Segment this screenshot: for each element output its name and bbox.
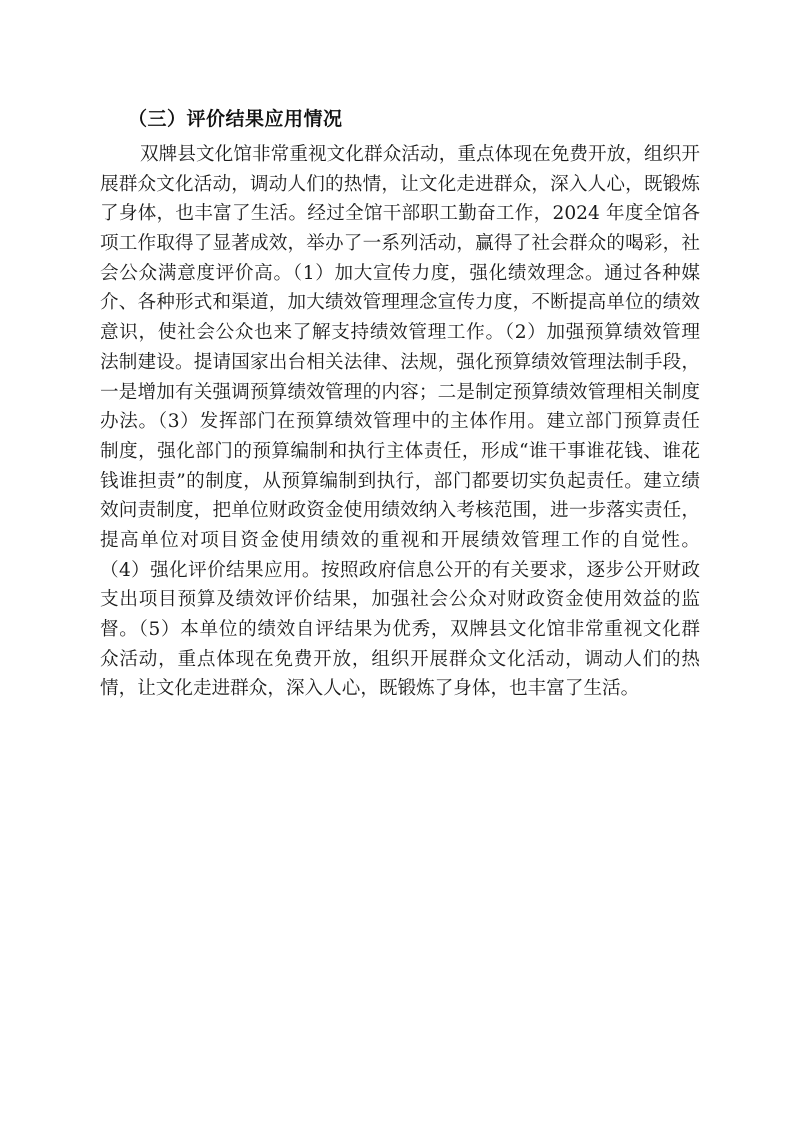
paragraph-line: 法制建设。提请国家出台相关法律、法规，强化预算绩效管理法制手段， [100, 348, 700, 378]
paragraph-line: 提高单位对项目资金使用绩效的重视和开展绩效管理工作的自觉性。 [100, 526, 700, 556]
paragraph-line: 效问责制度，把单位财政资金使用绩效纳入考核范围，进一步落实责任， [100, 496, 700, 526]
paragraph-line: 了身体，也丰富了生活。经过全馆干部职工勤奋工作，2024 年度全馆各 [100, 199, 700, 229]
paragraph-line: 支出项目预算及绩效评价结果，加强社会公众对财政资金使用效益的监 [100, 585, 700, 615]
paragraph-line: （4）强化评价结果应用。按照政府信息公开的有关要求，逐步公开财政 [100, 556, 700, 586]
paragraph-line: 制度，强化部门的预算编制和执行主体责任，形成“谁干事谁花钱、谁花 [100, 437, 700, 467]
paragraph-line: 项工作取得了显著成效，举办了一系列活动，赢得了社会群众的喝彩，社 [100, 229, 700, 259]
paragraph-line: 钱谁担责”的制度，从预算编制到执行，部门都要切实负起责任。建立绩 [100, 467, 700, 497]
paragraph-line: 办法。（3）发挥部门在预算绩效管理中的主体作用。建立部门预算责任 [100, 407, 700, 437]
paragraph-line: 意识，使社会公众也来了解支持绩效管理工作。（2）加强预算绩效管理 [100, 318, 700, 348]
paragraph-line: 双牌县文化馆非常重视文化群众活动，重点体现在免费开放，组织开 [100, 140, 700, 170]
paragraph-line: 众活动，重点体现在免费开放，组织开展群众文化活动，调动人们的热 [100, 645, 700, 675]
paragraph-line: 督。（5）本单位的绩效自评结果为优秀，双牌县文化馆非常重视文化群 [100, 615, 700, 645]
paragraph-line: 会公众满意度评价高。（1）加大宣传力度，强化绩效理念。通过各种媒 [100, 259, 700, 289]
paragraph-line: 情，让文化走进群众，深入人心，既锻炼了身体，也丰富了生活。 [100, 674, 700, 704]
section-heading: （三）评价结果应用情况 [128, 104, 343, 131]
paragraph-line: 一是增加有关强调预算绩效管理的内容；二是制定预算绩效管理相关制度 [100, 378, 700, 408]
paragraph-line: 展群众文化活动，调动人们的热情，让文化走进群众，深入人心，既锻炼 [100, 170, 700, 200]
paragraph-line: 介、各种形式和渠道，加大绩效管理理念宣传力度，不断提高单位的绩效 [100, 288, 700, 318]
body-paragraph: 双牌县文化馆非常重视文化群众活动，重点体现在免费开放，组织开 展群众文化活动，调… [100, 140, 700, 704]
document-page: （三）评价结果应用情况 双牌县文化馆非常重视文化群众活动，重点体现在免费开放，组… [0, 0, 793, 1122]
